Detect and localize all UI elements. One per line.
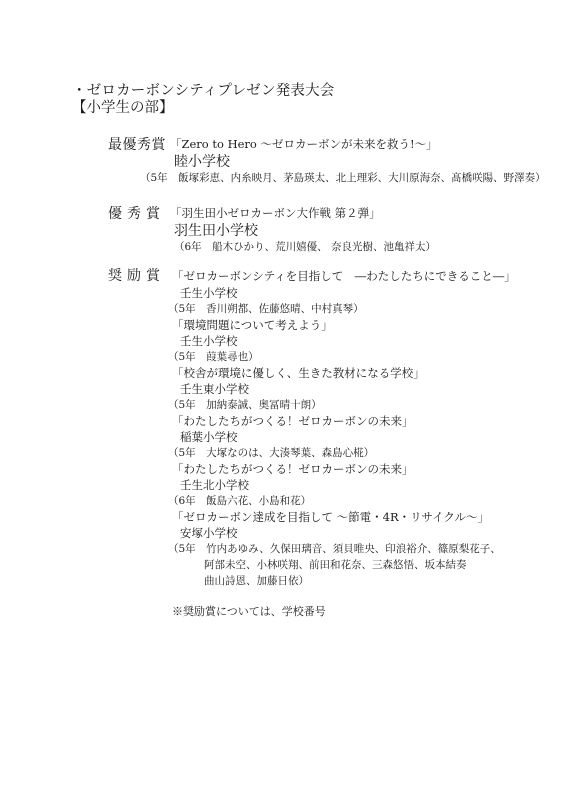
award-school: 壬生東小学校 [180,381,249,397]
award-members: （5年 加納泰誠、奥冨晴十朗） [168,397,322,412]
award-label-grand: 最優秀賞 [108,134,166,154]
award-members: （5年 葭葉尋也） [168,349,259,364]
award-work-title: 「Zero to Hero 〜ゼロカーボンが未来を救う!〜」 [170,136,438,152]
award-members: （5年 竹内あゆみ、久保田璃音、須貝唯央、印浪裕介、篠原梨花子、 [168,541,501,556]
award-members: （5年 香川朔都、佐藤悠晴、中村真琴） [168,301,364,316]
award-school: 壬生小学校 [180,333,238,349]
award-label-encouragement: 奨励賞 [108,265,165,285]
award-school: 壬生北小学校 [180,477,249,493]
award-members: （6年 船木ひかり、荒川嬉優、 奈良光樹、池亀祥太） [174,239,436,254]
award-members: 阿部未空、小林咲翔、前田和花奈、三森悠悟、坂本結奏 [204,557,467,572]
award-members: （5年 飯塚彩恵、内糸映月、茅島瑛太、北上理彩、大川原海奈、髙橋咲陽、野澤奏） [140,170,546,185]
award-work-title: 「ゼロカーボン達成を目指して 〜節電・4R・リサイクル〜」 [172,509,489,525]
award-work-title: 「わたしたちがつくる！ゼロカーボンの未来」 [172,413,414,429]
award-work-title: 「わたしたちがつくる！ゼロカーボンの未来」 [172,461,414,477]
footnote: ※奨励賞については、学校番号 [172,603,326,619]
award-members: （6年 飯島六花、小島和花） [168,493,311,508]
award-school: 睦小学校 [174,151,230,171]
award-school: 安塚小学校 [180,525,238,541]
award-school: 稲葉小学校 [180,429,238,445]
award-members: （5年 大塚なのは、大湊琴葉、森島心椛） [168,445,374,460]
award-school: 壬生小学校 [180,285,238,301]
award-label-excellent: 優秀賞 [108,203,165,223]
section-heading: 【小学生の部】 [72,96,174,117]
award-work-title: 「ゼロカーボンシティを目指して ―わたしたちにできること―」 [172,268,516,284]
award-work-title: 「環境問題について考えよう」 [172,317,333,333]
award-work-title: 「校舎が環境に優しく、生きた教材になる学校」 [172,365,425,381]
award-members: 曲山詩恩、加藤日依） [204,573,309,588]
award-work-title: 「羽生田小ゼロカーボン大作戦 第２弾」 [170,205,381,221]
award-school: 羽生田小学校 [174,220,258,240]
